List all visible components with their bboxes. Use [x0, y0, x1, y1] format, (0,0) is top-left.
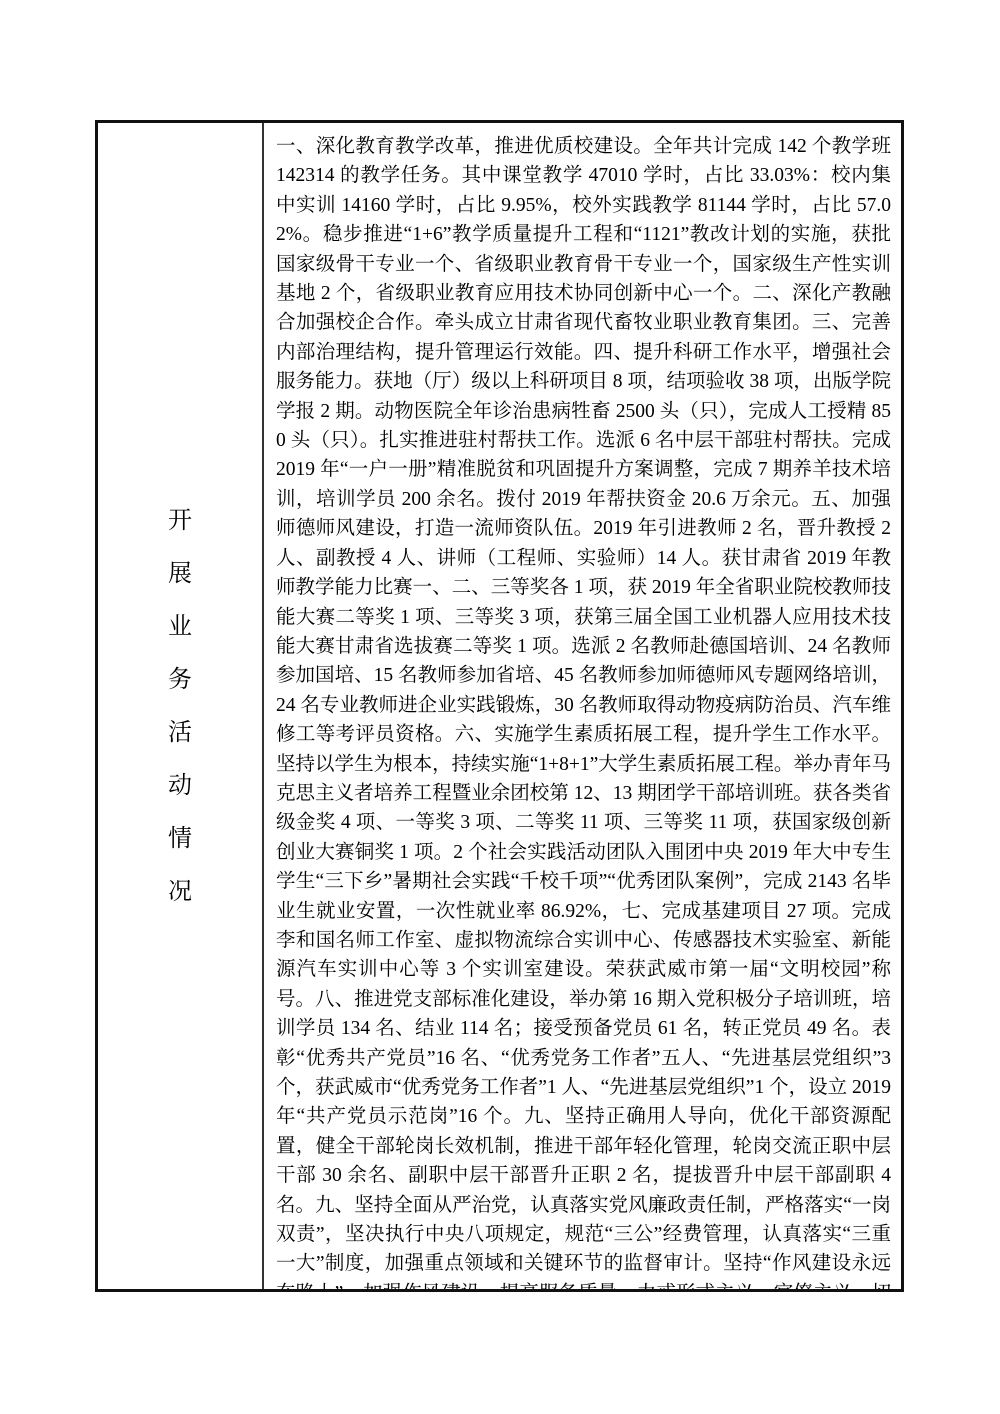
row-header-char: 活: [168, 721, 192, 745]
activity-report-table: 开 展 业 务 活 动 情 况 一、深化教育教学改革，推进优质校建设。全年共计完…: [95, 120, 904, 1292]
row-header-char: 动: [168, 774, 192, 798]
row-header-char: 情: [168, 827, 192, 851]
row-header-cell: 开 展 业 务 活 动 情 况: [98, 123, 264, 1289]
row-header-char: 况: [168, 880, 192, 904]
body-cell: 一、深化教育教学改革，推进优质校建设。全年共计完成 142 个教学班 14231…: [264, 123, 901, 1289]
row-header-char: 业: [168, 615, 192, 639]
row-header-char: 开: [168, 509, 192, 533]
row-header-char: 务: [168, 668, 192, 692]
activity-body-text: 一、深化教育教学改革，推进优质校建设。全年共计完成 142 个教学班 14231…: [276, 132, 891, 1289]
row-header-char: 展: [168, 562, 192, 586]
document-page: 开 展 业 务 活 动 情 况 一、深化教育教学改革，推进优质校建设。全年共计完…: [0, 0, 1000, 1414]
